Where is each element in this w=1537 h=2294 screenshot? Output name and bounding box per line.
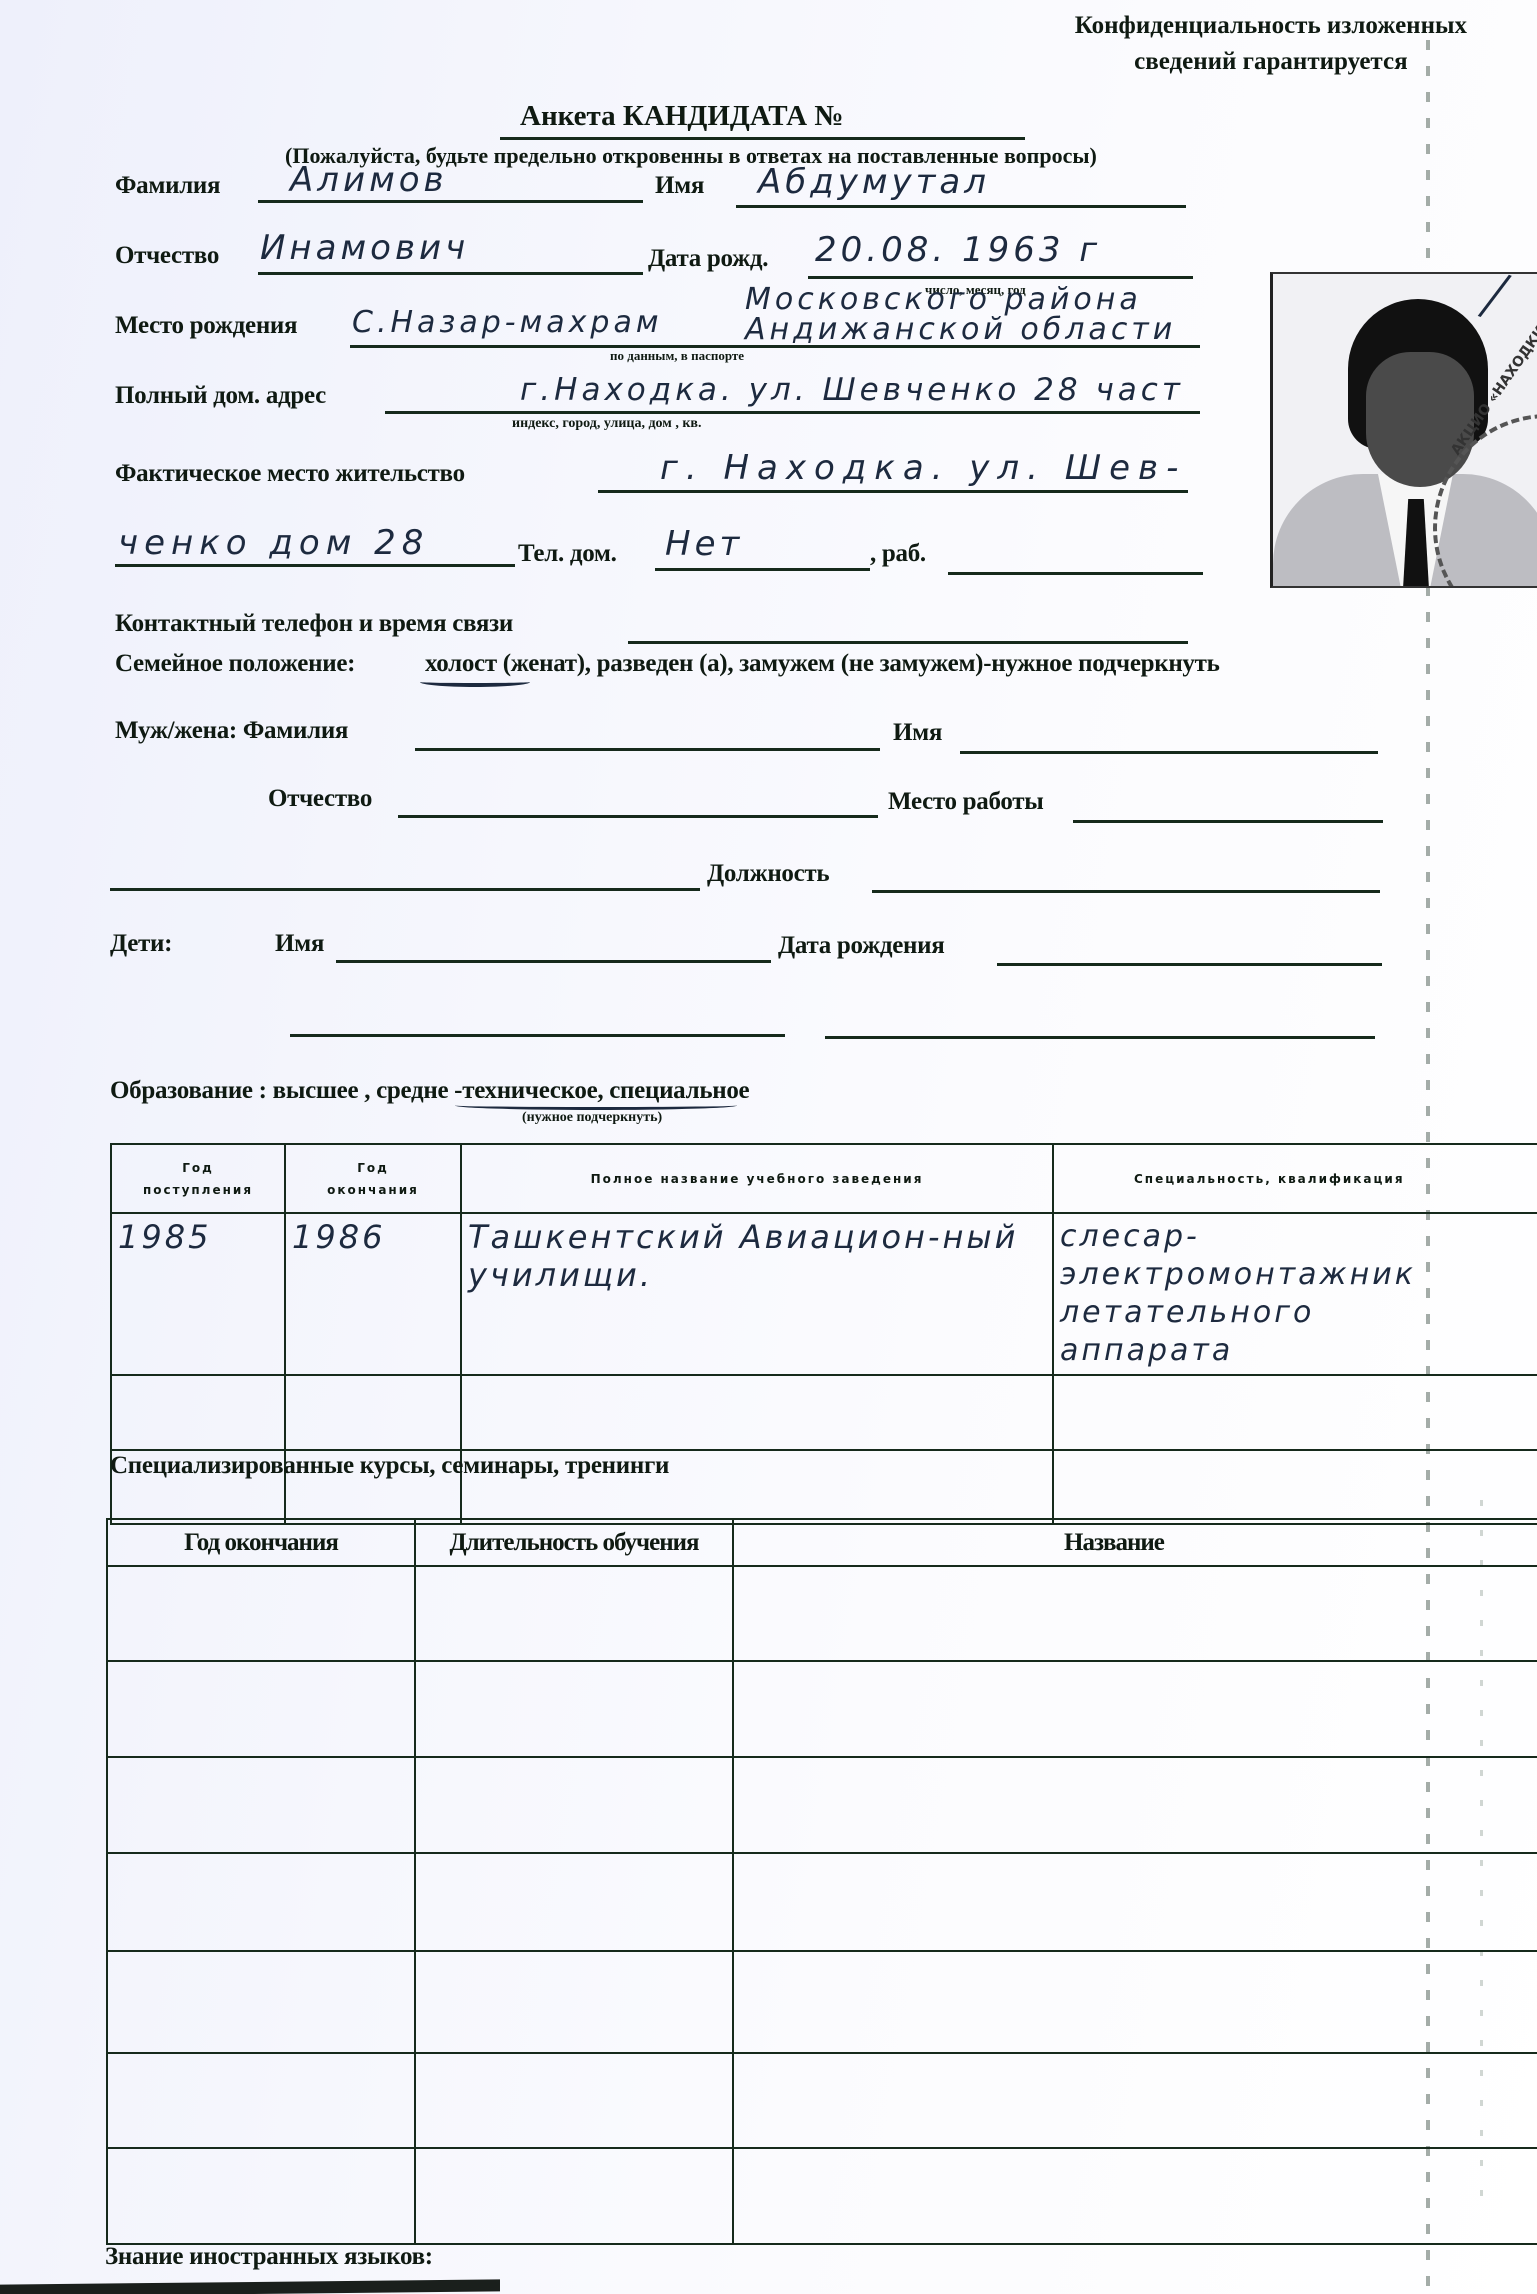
course-name-cell[interactable]: [733, 1951, 1537, 2053]
education-selection-mark: [455, 1101, 737, 1110]
institution-cell[interactable]: Ташкентский Авиацион-ный училищи.: [461, 1213, 1053, 1375]
col-graduation-year: Годокончания: [285, 1144, 461, 1213]
patronymic-field[interactable]: [258, 272, 643, 275]
form-number-field[interactable]: [500, 137, 1025, 140]
confidentiality-line-1: Конфиденциальность изложенных: [1075, 8, 1467, 44]
confidentiality-note: Конфиденциальность изложенных сведений г…: [1075, 8, 1467, 80]
spouse-workplace-label: Место работы: [888, 788, 1043, 816]
course-name-cell[interactable]: [733, 2053, 1537, 2148]
course-duration-cell[interactable]: [415, 1661, 733, 1757]
table-row: [107, 1951, 1537, 2053]
surname-value: Алимов: [290, 160, 448, 200]
course-duration-cell[interactable]: [415, 1951, 733, 2053]
col-course-duration: Длительность обучения: [415, 1519, 733, 1566]
home-phone-label: Тел. дом.: [518, 540, 617, 568]
graduation-year-cell[interactable]: [285, 1375, 461, 1450]
marital-label: Семейное положение:: [115, 650, 355, 678]
spouse-patronymic-field[interactable]: [398, 815, 878, 818]
home-address-hint: индекс, город, улица, дом , кв.: [512, 416, 701, 432]
course-duration-cell[interactable]: [415, 1853, 733, 1951]
child-dob-label: Дата рождения: [778, 932, 944, 960]
languages-label: Знание иностранных языков:: [105, 2243, 433, 2271]
education-table-header: Годпоступления Годокончания Полное назва…: [111, 1144, 1537, 1213]
spouse-workplace-field[interactable]: [1073, 820, 1383, 823]
course-duration-cell[interactable]: [415, 1757, 733, 1853]
table-row: [107, 1566, 1537, 1661]
actual-residence-label: Фактическое место жительство: [115, 460, 465, 488]
col-course-name: Название: [733, 1519, 1537, 1566]
table-row: 1985 1986 Ташкентский Авиацион-ный учили…: [111, 1213, 1537, 1375]
name-field[interactable]: [736, 205, 1186, 208]
scan-edge-shadow: [0, 2279, 500, 2294]
home-address-value: г.Находка. ул. Шевченко 28 част: [520, 372, 1184, 408]
child-dob-field[interactable]: [997, 963, 1382, 966]
patronymic-label: Отчество: [115, 242, 219, 270]
table-row: [111, 1375, 1537, 1450]
actual-residence-value-line2: ченко дом 28: [118, 523, 429, 563]
home-address-label: Полный дом. адрес: [115, 382, 326, 410]
birthplace-value-village: С.Назар-махрам: [352, 305, 662, 340]
dob-label: Дата рожд.: [648, 245, 768, 273]
spouse-surname-label: Муж/жена: Фамилия: [115, 717, 348, 745]
spouse-name-field[interactable]: [960, 751, 1378, 754]
table-row: [107, 1853, 1537, 1951]
home-address-field[interactable]: [385, 411, 1200, 414]
enrollment-year-cell[interactable]: [111, 1375, 285, 1450]
table-row: [107, 1661, 1537, 1757]
graduation-year-cell[interactable]: 1986: [285, 1213, 461, 1375]
course-name-cell[interactable]: [733, 1661, 1537, 1757]
child-name-label: Имя: [275, 930, 324, 958]
birthplace-value-region: Андижанской области: [745, 312, 1176, 347]
marital-selection-mark: [420, 677, 530, 687]
table-row: [107, 1757, 1537, 1853]
table-row: [107, 2053, 1537, 2148]
course-name-cell[interactable]: [733, 2148, 1537, 2244]
course-year-cell[interactable]: [107, 1951, 415, 2053]
col-institution: Полное название учебного заведения: [461, 1144, 1053, 1213]
course-year-cell[interactable]: [107, 1661, 415, 1757]
actual-residence-value-line1: г. Находка. ул. Шев-: [660, 448, 1186, 488]
spouse-position-label: Должность: [707, 860, 829, 888]
work-phone-field[interactable]: [948, 572, 1203, 575]
course-duration-cell[interactable]: [415, 2148, 733, 2244]
birthplace-label: Место рождения: [115, 312, 297, 340]
name-label: Имя: [655, 172, 704, 200]
child-dob-field-2[interactable]: [825, 1036, 1375, 1039]
course-year-cell[interactable]: [107, 1757, 415, 1853]
surname-field[interactable]: [258, 200, 643, 203]
spouse-position-field[interactable]: [872, 890, 1380, 893]
education-hint: (нужное подчеркнуть): [522, 1110, 662, 1126]
children-label: Дети:: [110, 930, 172, 958]
institution-cell[interactable]: [461, 1375, 1053, 1450]
child-name-field-2[interactable]: [290, 1034, 785, 1037]
table-row: [107, 2148, 1537, 2244]
col-specialty: Специальность, квалификация: [1053, 1144, 1537, 1213]
courses-label: Специализированные курсы, семинары, трен…: [110, 1452, 669, 1480]
course-duration-cell[interactable]: [415, 2053, 733, 2148]
enrollment-year-cell[interactable]: 1985: [111, 1213, 285, 1375]
child-name-field[interactable]: [336, 960, 771, 963]
course-name-cell[interactable]: [733, 1566, 1537, 1661]
course-year-cell[interactable]: [107, 1853, 415, 1951]
name-value: Абдумутал: [758, 162, 990, 202]
courses-table: Год окончания Длительность обучения Назв…: [106, 1518, 1537, 2245]
surname-label: Фамилия: [115, 172, 220, 200]
birthplace-hint: по данным, в паспорте: [610, 348, 744, 364]
specialty-cell[interactable]: слесар-электромонтажник летательного апп…: [1053, 1213, 1537, 1375]
col-enrollment-year: Годпоступления: [111, 1144, 285, 1213]
course-year-cell[interactable]: [107, 2053, 415, 2148]
spouse-name-label: Имя: [893, 719, 942, 747]
spouse-surname-field[interactable]: [415, 748, 880, 751]
contact-label: Контактный телефон и время связи: [115, 610, 513, 638]
work-phone-label: , раб.: [870, 540, 926, 568]
course-name-cell[interactable]: [733, 1853, 1537, 1951]
contact-field[interactable]: [628, 641, 1188, 644]
home-phone-value: Нет: [665, 524, 743, 564]
dob-value: 20.08. 1963 г: [815, 230, 1101, 270]
actual-residence-field[interactable]: [598, 490, 1188, 493]
patronymic-value: Инамович: [260, 228, 469, 268]
courses-table-header: Год окончания Длительность обучения Назв…: [107, 1519, 1537, 1566]
home-phone-field[interactable]: [655, 568, 870, 571]
course-name-cell[interactable]: [733, 1757, 1537, 1853]
spouse-patronymic-label: Отчество: [268, 785, 372, 813]
course-year-cell[interactable]: [107, 1566, 415, 1661]
course-duration-cell[interactable]: [415, 1566, 733, 1661]
marital-options[interactable]: холост (женат), разведен (а), замужем (н…: [425, 650, 1220, 678]
form-title: Анкета КАНДИДАТА №: [520, 100, 843, 133]
dob-field[interactable]: [808, 276, 1193, 279]
actual-residence-field-line2[interactable]: [115, 564, 515, 567]
confidentiality-line-2: сведений гарантируется: [1075, 44, 1467, 80]
course-year-cell[interactable]: [107, 2148, 415, 2244]
col-course-year: Год окончания: [107, 1519, 415, 1566]
spouse-workplace-field-line2[interactable]: [110, 888, 700, 891]
specialty-cell[interactable]: [1053, 1375, 1537, 1450]
specialty-cell[interactable]: [1053, 1450, 1537, 1524]
